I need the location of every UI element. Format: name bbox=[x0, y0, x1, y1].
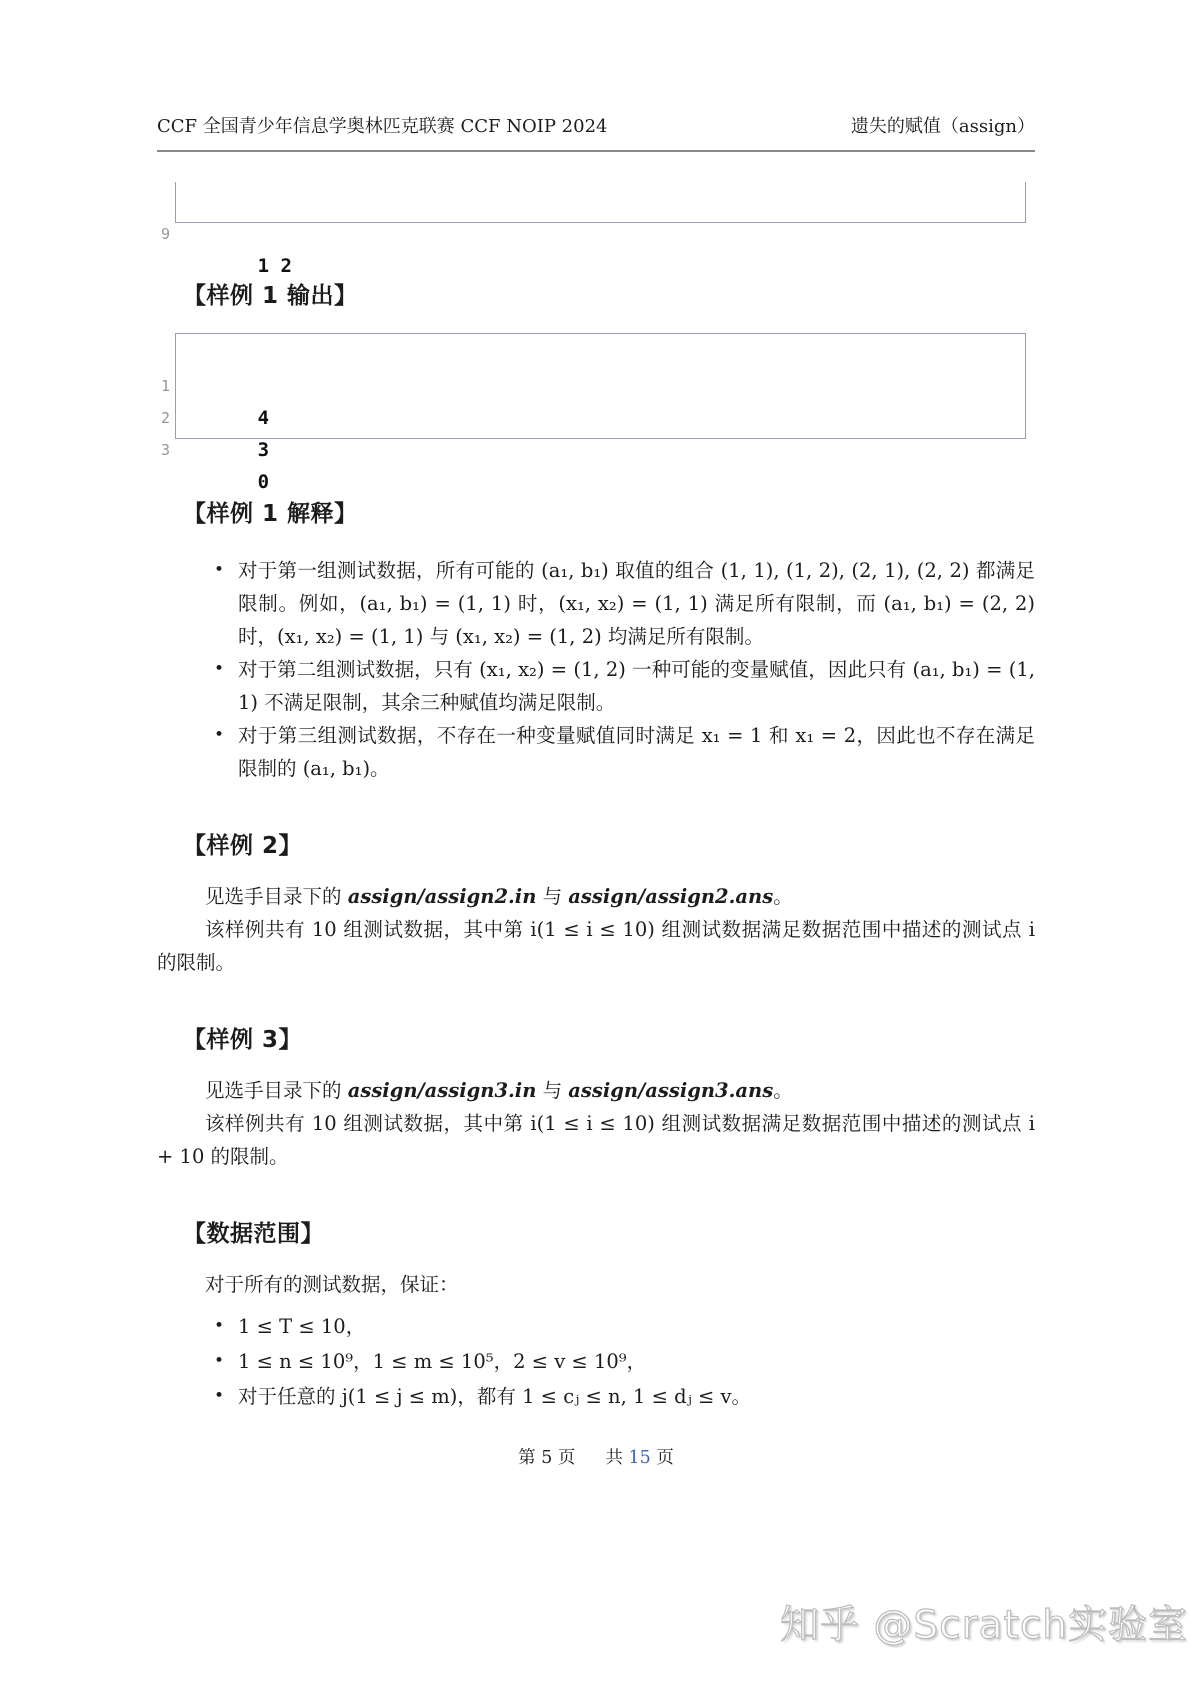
file-line-conj: 与 bbox=[536, 885, 568, 908]
sample3-file-paragraph: 见选手目录下的 assign/assign3.in 与 assign/assig… bbox=[157, 1074, 1035, 1107]
header-problem-title: 遗失的赋值（assign） bbox=[851, 112, 1035, 138]
list-item: 对于第一组测试数据，所有可能的 (a₁, b₁) 取值的组合 (1, 1), (… bbox=[238, 554, 1035, 653]
line-number: 9 bbox=[142, 218, 170, 250]
total-pages-prefix: 共 bbox=[605, 1448, 628, 1468]
code-line: 1 4 bbox=[189, 338, 1025, 370]
sample1-output-codeblock: 1 4 2 3 3 0 bbox=[175, 333, 1026, 439]
page-footer: 第 5 页共 15 页 bbox=[157, 1444, 1035, 1469]
code-text: 3 bbox=[258, 439, 269, 461]
page-header: CCF 全国青少年信息学奥林匹克联赛 CCF NOIP 2024 遗失的赋值（a… bbox=[157, 0, 1035, 152]
list-item: 1 ≤ T ≤ 10， bbox=[238, 1309, 1035, 1344]
file-line-prefix: 见选手目录下的 bbox=[205, 885, 348, 908]
line-number: 2 bbox=[142, 402, 170, 434]
sample1-explain-list: 对于第一组测试数据，所有可能的 (a₁, b₁) 取值的组合 (1, 1), (… bbox=[157, 554, 1035, 785]
list-item: 对于第三组测试数据，不存在一种变量赋值同时满足 x₁ = 1 和 x₁ = 2，… bbox=[238, 719, 1035, 785]
file-line-prefix: 见选手目录下的 bbox=[205, 1079, 348, 1102]
section-heading-sample2: 【样例 2】 bbox=[183, 827, 1035, 860]
file-path-ans: assign/assign2.ans bbox=[568, 885, 773, 908]
list-item: 1 ≤ n ≤ 10⁹，1 ≤ m ≤ 10⁵，2 ≤ v ≤ 10⁹， bbox=[238, 1344, 1035, 1379]
code-line: 3 0 bbox=[189, 402, 1025, 434]
data-range-intro: 对于所有的测试数据，保证： bbox=[157, 1268, 1035, 1301]
file-line-suffix: 。 bbox=[773, 1079, 793, 1102]
page-content: CCF 全国青少年信息学奥林匹克联赛 CCF NOIP 2024 遗失的赋值（a… bbox=[0, 0, 1190, 1414]
data-range-list: 1 ≤ T ≤ 10， 1 ≤ n ≤ 10⁹，1 ≤ m ≤ 10⁵，2 ≤ … bbox=[157, 1309, 1035, 1414]
list-item: 对于任意的 j(1 ≤ j ≤ m)，都有 1 ≤ cⱼ ≤ n, 1 ≤ dⱼ… bbox=[238, 1379, 1035, 1414]
file-path-in: assign/assign2.in bbox=[348, 885, 537, 908]
file-path-ans: assign/assign3.ans bbox=[568, 1079, 773, 1102]
total-pages-suffix: 页 bbox=[651, 1448, 674, 1468]
list-item: 对于第二组测试数据，只有 (x₁, x₂) = (1, 2) 一种可能的变量赋值… bbox=[238, 653, 1035, 719]
code-line: 9 1 2 bbox=[189, 186, 1025, 218]
sample2-note-paragraph: 该样例共有 10 组测试数据，其中第 i(1 ≤ i ≤ 10) 组测试数据满足… bbox=[157, 913, 1035, 979]
sample3-note-paragraph: 该样例共有 10 组测试数据，其中第 i(1 ≤ i ≤ 10) 组测试数据满足… bbox=[157, 1107, 1035, 1173]
code-line: 2 3 bbox=[189, 370, 1025, 402]
file-path-in: assign/assign3.in bbox=[348, 1079, 537, 1102]
code-text: 0 bbox=[258, 471, 269, 493]
total-pages-link[interactable]: 15 bbox=[628, 1448, 650, 1468]
line-number: 1 bbox=[142, 370, 170, 402]
line-number: 3 bbox=[142, 434, 170, 466]
section-heading-sample1-explain: 【样例 1 解释】 bbox=[183, 495, 1035, 528]
file-line-conj: 与 bbox=[536, 1079, 568, 1102]
current-page-label: 第 5 页 bbox=[518, 1448, 575, 1468]
file-line-suffix: 。 bbox=[773, 885, 793, 908]
section-heading-sample3: 【样例 3】 bbox=[183, 1021, 1035, 1054]
sample-input-codeblock-continued: 9 1 2 bbox=[175, 182, 1026, 223]
section-heading-data-range: 【数据范围】 bbox=[183, 1215, 1035, 1248]
zhihu-watermark: 知乎 @Scratch实验室 bbox=[780, 1594, 1188, 1650]
header-contest-title: CCF 全国青少年信息学奥林匹克联赛 CCF NOIP 2024 bbox=[157, 112, 608, 138]
sample2-file-paragraph: 见选手目录下的 assign/assign2.in 与 assign/assig… bbox=[157, 880, 1035, 913]
code-text: 1 2 bbox=[258, 255, 292, 277]
section-heading-sample1-output: 【样例 1 输出】 bbox=[183, 277, 1035, 310]
